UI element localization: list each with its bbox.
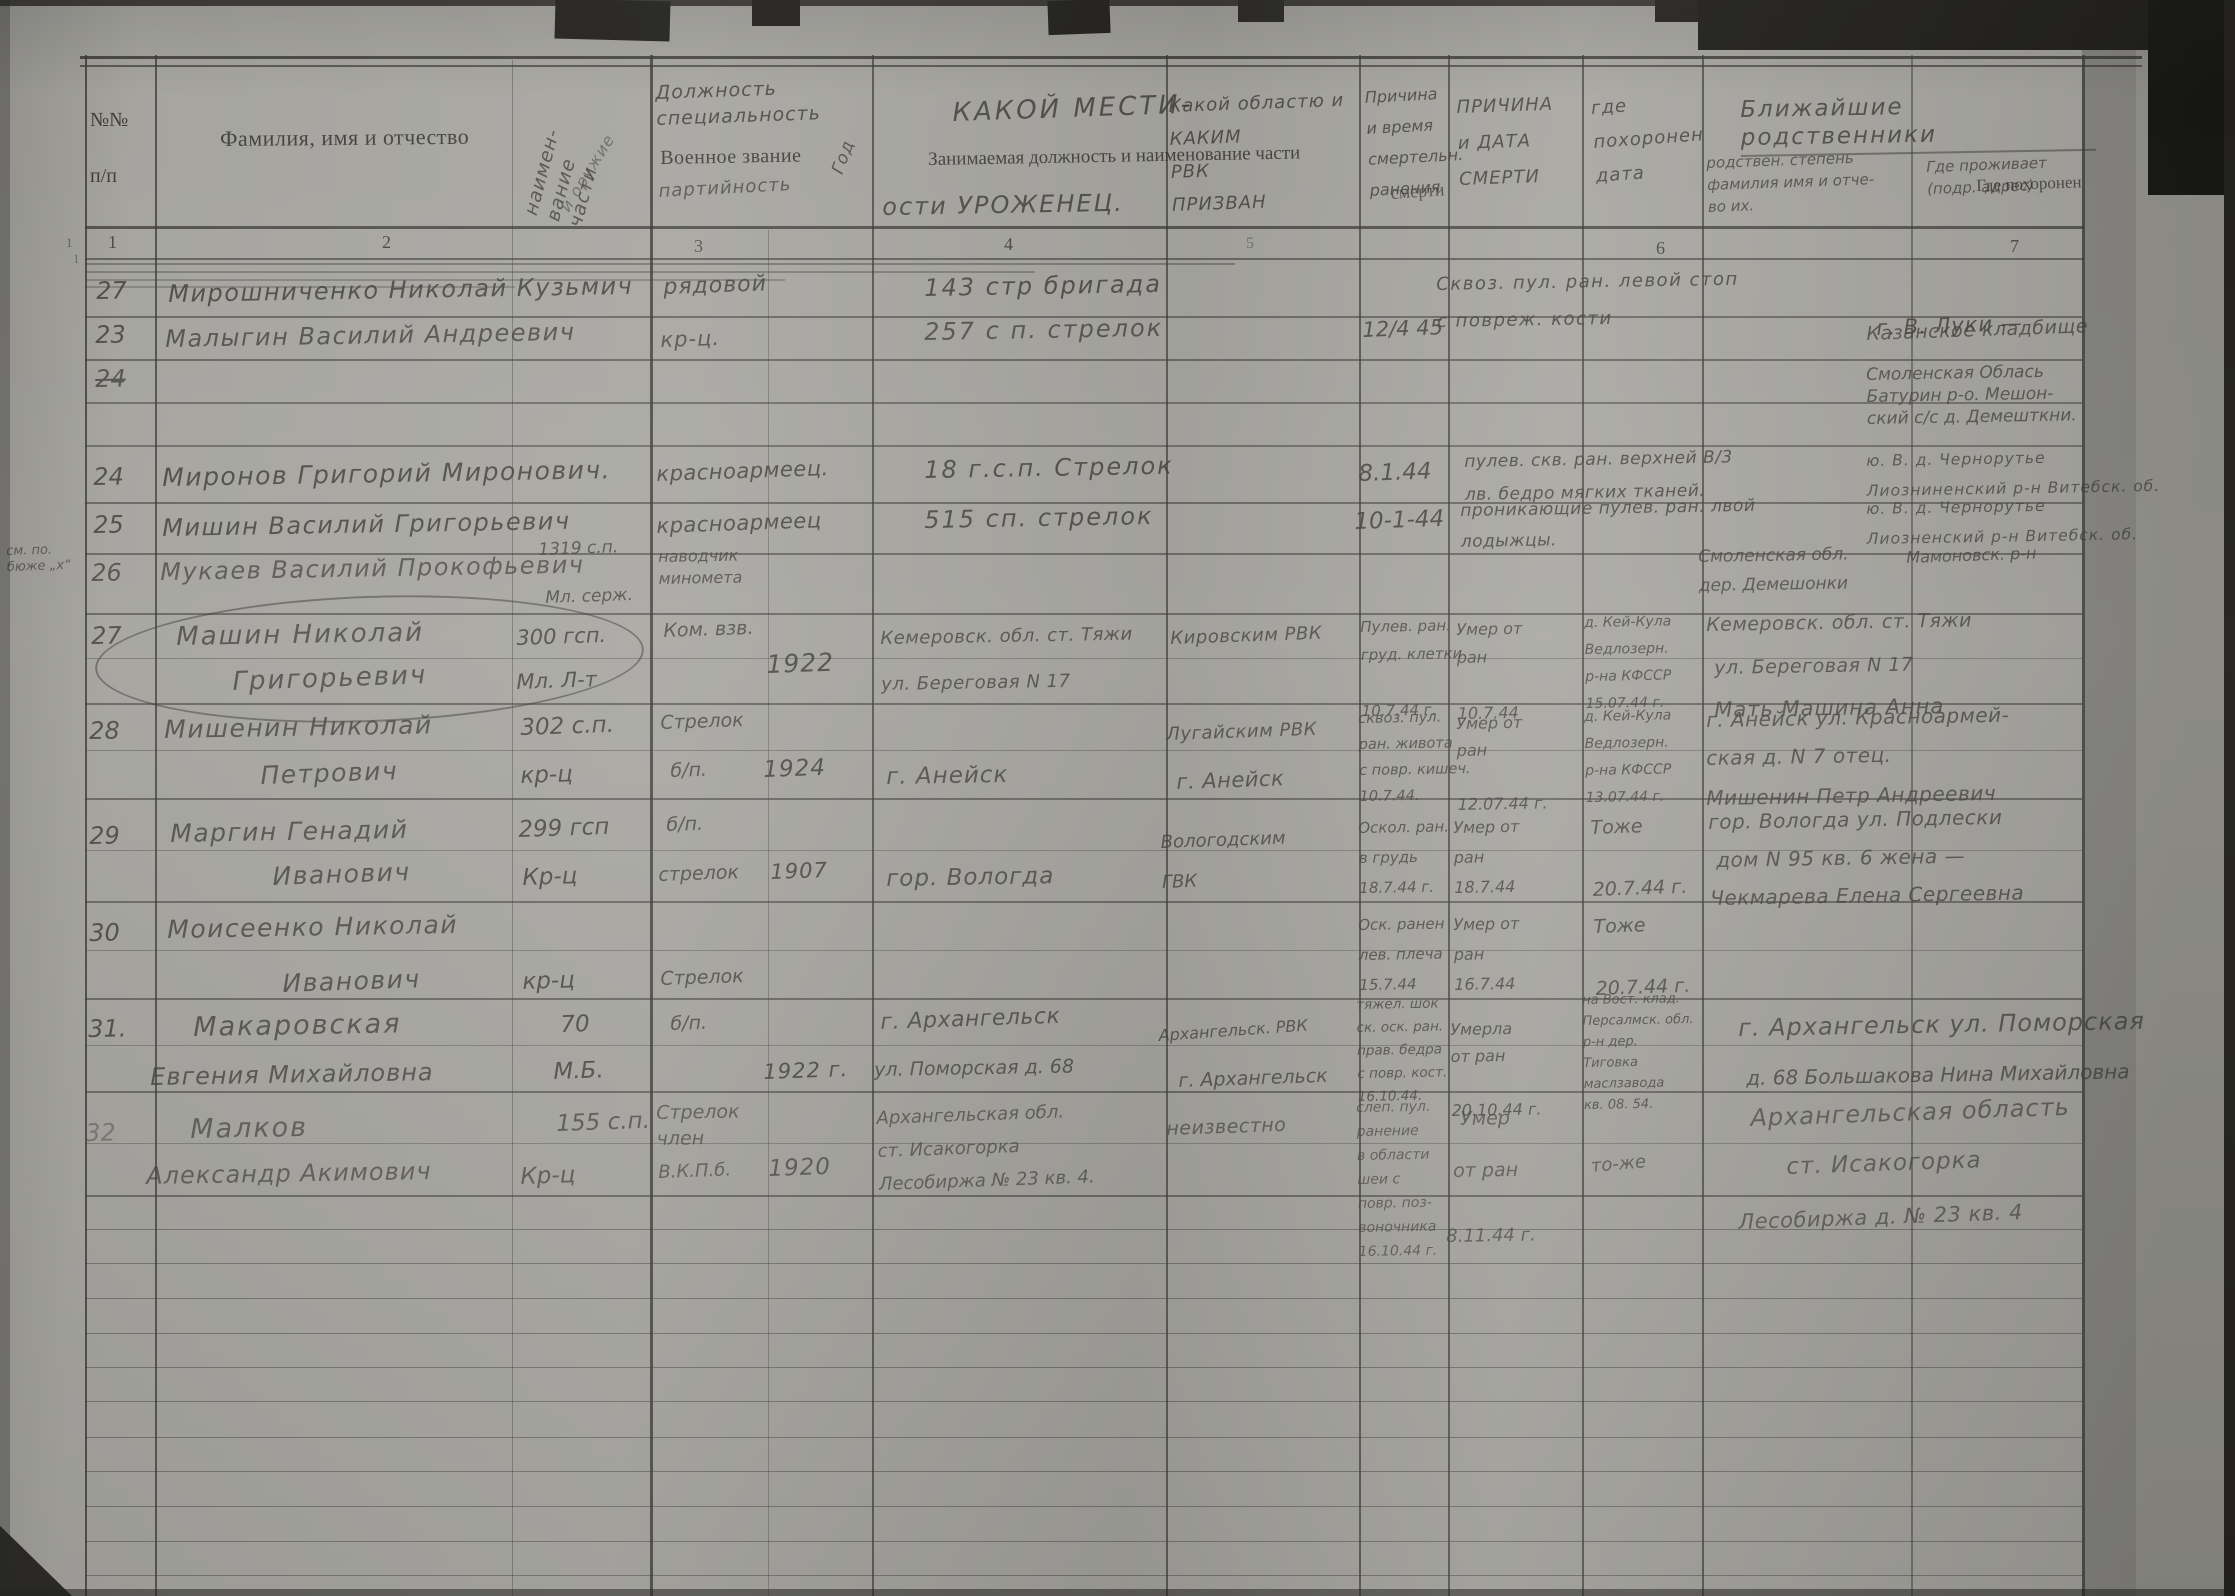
document-scan: №№ п/пФамилия, имя и отчествонаимен- ван… bbox=[0, 0, 2235, 1596]
text-rows-7-rvk2: г. Анейск bbox=[1176, 763, 1367, 794]
ruled-line bbox=[85, 1298, 2082, 1299]
text-form-col_numbers-4: 5 bbox=[1246, 234, 1276, 254]
text-rows-3-no: 24 bbox=[93, 463, 153, 490]
text-rows-5-unit_above: 1319 с.п. bbox=[538, 536, 649, 560]
circle-annotation bbox=[93, 586, 646, 731]
text-rows-10-burial: на Вост. клад. Персалмск. обл. р-н дер. … bbox=[1582, 988, 1710, 1116]
text-rows-8-duty: б/п. bbox=[666, 811, 757, 836]
photo-edge-right bbox=[2224, 0, 2235, 1596]
ruled-line bbox=[85, 1401, 2082, 1402]
text-rows-7-duty: Стрелок bbox=[660, 708, 781, 734]
photo-edge-bottom bbox=[0, 1589, 2235, 1596]
ruled-line bbox=[80, 65, 2142, 67]
text-rows-10-fio2: Евгения Михайловна bbox=[150, 1056, 560, 1091]
text-rows-10-rvk: Архангельск. РВК bbox=[1158, 1011, 1374, 1046]
text-rows-7-burial: д. Кей-Кула Ведлозерн. р-на КФССР 13.07.… bbox=[1584, 702, 1708, 812]
text-rows-7-rvk: Лугайским РВК bbox=[1166, 717, 1377, 746]
text-rows-11-rvk: неизвестно bbox=[1166, 1112, 1347, 1140]
text-form-stack_marks-0: 1 bbox=[66, 236, 86, 250]
text-rows-11-year: 1920 bbox=[768, 1154, 869, 1181]
text-form-col7_hw: Какой областю и КАКИМ РВК ПРИЗВАН bbox=[1168, 83, 1372, 222]
text-rows-6-unit: 300 гсп. bbox=[516, 621, 647, 650]
text-rows-7-year: 1924 bbox=[763, 755, 864, 782]
text-rows-10-born: г. Архангельск bbox=[880, 1000, 1171, 1036]
page-edge-band-right bbox=[2136, 0, 2235, 1596]
text-rows-2-no: 24 bbox=[95, 365, 155, 392]
torn-paper-piece bbox=[554, 0, 670, 41]
ruled-line bbox=[85, 1091, 2082, 1093]
text-rows-5-burial_l: Смоленская обл. дер. Демешонки bbox=[1698, 539, 1929, 601]
text-rows-1-no: 23 bbox=[95, 321, 155, 348]
text-form-col_numbers-1: 2 bbox=[382, 232, 412, 252]
text-rows-11-burial: то-же bbox=[1590, 1146, 1701, 1178]
text-rows-3-death_date: 8.1.44 bbox=[1358, 458, 1469, 486]
text-form-col_numbers-0: 1 bbox=[108, 232, 138, 252]
text-margin_note: см. по. бюже „х“ bbox=[6, 541, 102, 576]
text-rows-10-no: 31. bbox=[88, 1015, 148, 1042]
text-rows-8-year: 1907 bbox=[770, 857, 871, 884]
ruled-line bbox=[85, 1195, 2082, 1197]
text-rows-6-rank2: Мл. Л-т bbox=[516, 665, 647, 694]
text-rows-9-fio: Моисеенко Николай bbox=[167, 909, 567, 944]
text-form-col_numbers-5: 6 bbox=[1656, 238, 1686, 258]
text-rows-6-rvk: Кировским РВК bbox=[1170, 621, 1381, 650]
text-rows-6-rel1: Кемеровск. обл. ст. Тяжи bbox=[1706, 606, 2096, 637]
text-rows-9-duty2: Стрелок bbox=[660, 964, 781, 990]
ruled-line bbox=[85, 263, 1235, 265]
ruled-line bbox=[85, 1263, 2082, 1264]
text-rows-0-fio: Мирошниченко Николай Кузьмич bbox=[168, 272, 638, 308]
text-rows-3-fio: Миронов Григорий Миронович. bbox=[162, 456, 642, 492]
torn-paper-piece bbox=[1238, 0, 1284, 22]
text-rows-7-rank2: кр-ц bbox=[520, 760, 631, 788]
ruled-line bbox=[80, 56, 2142, 59]
text-rows-7-fio2: Петрович bbox=[260, 753, 521, 790]
text-rows-10-born2: ул. Поморская д. 68 bbox=[874, 1053, 1164, 1082]
text-rows-6-no: 27 bbox=[91, 622, 151, 649]
text-rows-10-unit2: М.Б. bbox=[553, 1057, 644, 1084]
text-rows-6-year: 1922 bbox=[766, 649, 867, 678]
text-rows-8-fio2: Иванович bbox=[272, 854, 533, 891]
text-rows-0-rank: рядовой bbox=[663, 271, 794, 300]
text-rows-1-rank: кр-ц. bbox=[660, 324, 781, 352]
photo-edge-left bbox=[0, 0, 10, 1596]
text-rows-8-rel3: Чекмарева Елена Сергеевна bbox=[1710, 878, 2140, 910]
text-form-col_numbers-2: 3 bbox=[694, 236, 724, 256]
torn-paper-piece bbox=[1047, 0, 1110, 35]
text-rows-5-rank2: Мл. серж. bbox=[545, 584, 656, 608]
text-rows-8-born2: гор. Вологда bbox=[886, 861, 1146, 892]
ruled-line bbox=[85, 359, 2082, 361]
text-form-col11_left: родствен. степень фамилия имя и отче- во… bbox=[1706, 144, 1923, 217]
ruled-line bbox=[85, 1541, 2082, 1542]
text-rows-7-rel2: ская д. N 7 отец. bbox=[1706, 739, 2116, 770]
text-rows-9-death: Умер от ран 16.7.44 bbox=[1453, 908, 1575, 1000]
text-rows-8-rel2: дом N 95 кв. 6 жена — bbox=[1716, 841, 2126, 872]
torn-paper-piece bbox=[752, 0, 800, 26]
text-rows-4-fio: Мишин Василий Григорьевич bbox=[162, 506, 642, 542]
text-form-col_numbers-6: 7 bbox=[2010, 236, 2040, 256]
text-form-col_numbers-3: 4 bbox=[1004, 234, 1034, 254]
text-rows-7-born2: г. Анейск bbox=[886, 760, 1136, 790]
text-rows-4-unit: 515 сп. стрелок bbox=[924, 498, 1364, 534]
text-rows-4-rank: красноармеец bbox=[656, 509, 797, 538]
text-rows-9-no: 30 bbox=[89, 919, 149, 946]
text-form-col1_label: №№ п/п bbox=[90, 92, 154, 204]
text-rows-10-year: 1922 г. bbox=[763, 1056, 874, 1084]
text-rows-8-rvk: Вологодским ГВК bbox=[1160, 816, 1353, 903]
text-rows-11-rel2: ст. Исакогорка bbox=[1786, 1145, 2087, 1179]
text-rows-4-death_date: 10-1-44 bbox=[1354, 506, 1465, 534]
ruled-line bbox=[85, 1506, 2082, 1507]
column-line bbox=[872, 55, 874, 1596]
text-rows-10-duty: б/п. bbox=[670, 1010, 761, 1035]
text-rows-3-unit: 18 г.с.п. Стрелок bbox=[924, 448, 1364, 484]
ruled-line bbox=[85, 1367, 2082, 1368]
text-rows-8-no: 29 bbox=[89, 822, 149, 849]
text-rows-11-no: 32 bbox=[85, 1119, 145, 1146]
text-form-stack_marks-1: 1 bbox=[73, 252, 93, 266]
text-rows-10-unit: 70 bbox=[560, 1010, 641, 1037]
text-rows-7-unit: 302 с.п. bbox=[520, 711, 651, 740]
ruled-line bbox=[85, 998, 2082, 1000]
text-rows-8-fio: Маргин Генадий bbox=[170, 814, 510, 848]
text-rows-8-burial: Тоже 20.7.44 г. bbox=[1590, 809, 1713, 906]
text-rows-0-wound: Сквоз. пул. ран. левой стоп с повреж. ко… bbox=[1436, 258, 1907, 340]
ruled-line bbox=[85, 1333, 2082, 1334]
ruled-line bbox=[85, 226, 2084, 229]
dark-corner-top-right bbox=[2148, 0, 2235, 195]
page-edge-shadow-right bbox=[2082, 50, 2136, 1596]
text-rows-6-rel2: ул. Береговая N 17 bbox=[1714, 649, 2104, 680]
text-rows-9-fio2: Иванович bbox=[282, 961, 543, 998]
text-rows-7-no: 28 bbox=[89, 717, 149, 744]
text-rows-11-death2: от ран bbox=[1453, 1158, 1563, 1182]
ruled-line bbox=[85, 1471, 2082, 1472]
text-rows-5-no: 26 bbox=[91, 559, 151, 586]
text-form-col4_hw_bottom: партийность bbox=[658, 169, 869, 204]
text-rows-11-duty2: В.К.П.б. bbox=[658, 1158, 769, 1184]
text-rows-8-duty2: стрелок bbox=[658, 860, 779, 886]
text-rows-8-rank2: Кр-ц bbox=[522, 862, 633, 890]
ruled-line bbox=[85, 1575, 2082, 1576]
text-rows-8-unit: 299 гсп bbox=[518, 813, 649, 842]
text-rows-7-fio: Мишенин Николай bbox=[164, 710, 524, 744]
text-rows-6-born: Кемеровск. обл. ст. Тяжи ул. Береговая N… bbox=[880, 611, 1182, 708]
column-line bbox=[650, 55, 653, 1596]
text-rows-0-no: 27 bbox=[96, 277, 156, 304]
text-rows-7-wound: сквоз. пул. ран. живота с повр. кишеч. 1… bbox=[1358, 704, 1472, 810]
text-form-col9_hw: ПРИЧИНА и ДАТА СМЕРТИ bbox=[1456, 85, 1600, 198]
text-rows-7-duty2: б/п. bbox=[670, 757, 761, 782]
text-rows-11-duty: Стрелок член bbox=[656, 1098, 777, 1152]
ruled-line bbox=[85, 402, 2082, 404]
text-rows-11-fio: Малков bbox=[190, 1110, 500, 1145]
text-rows-3-rank: красноармеец. bbox=[656, 457, 787, 486]
text-rows-1-fio: Малыгин Василий Андреевич bbox=[165, 317, 635, 353]
text-rows-6-duty: Ком. взв. bbox=[663, 616, 774, 642]
dark-corner-bottom-left bbox=[0, 1488, 72, 1596]
text-rows-5-duty: наводчик миномета bbox=[658, 544, 769, 590]
text-rows-7-death: Умер от ран 12.07.44 г. bbox=[1456, 708, 1578, 818]
text-rows-11-death3: 8.11.44 г. bbox=[1446, 1224, 1566, 1248]
ruled-line bbox=[85, 1045, 2082, 1046]
text-rows-11-born: Архангельская обл. ст. Исакогорка Лесоби… bbox=[876, 1091, 1189, 1201]
text-rows-10-rvk2: г. Архангельск bbox=[1178, 1063, 1369, 1092]
column-line bbox=[768, 230, 769, 1596]
ruled-line bbox=[85, 950, 2082, 951]
text-rows-11-rank2: Кр-ц bbox=[520, 1161, 631, 1189]
text-rows-9-rank2: кр-ц bbox=[522, 966, 633, 994]
text-rows-8-death: Умер от ран 18.7.44 bbox=[1453, 811, 1575, 903]
text-rows-6-fio: Машин Николай bbox=[176, 617, 506, 651]
text-rows-4-no: 25 bbox=[93, 511, 153, 538]
ruled-line bbox=[85, 1437, 2082, 1438]
text-rows-10-fio: Макаровская bbox=[193, 1008, 503, 1043]
text-rows-11-death1: Умер bbox=[1460, 1106, 1570, 1130]
